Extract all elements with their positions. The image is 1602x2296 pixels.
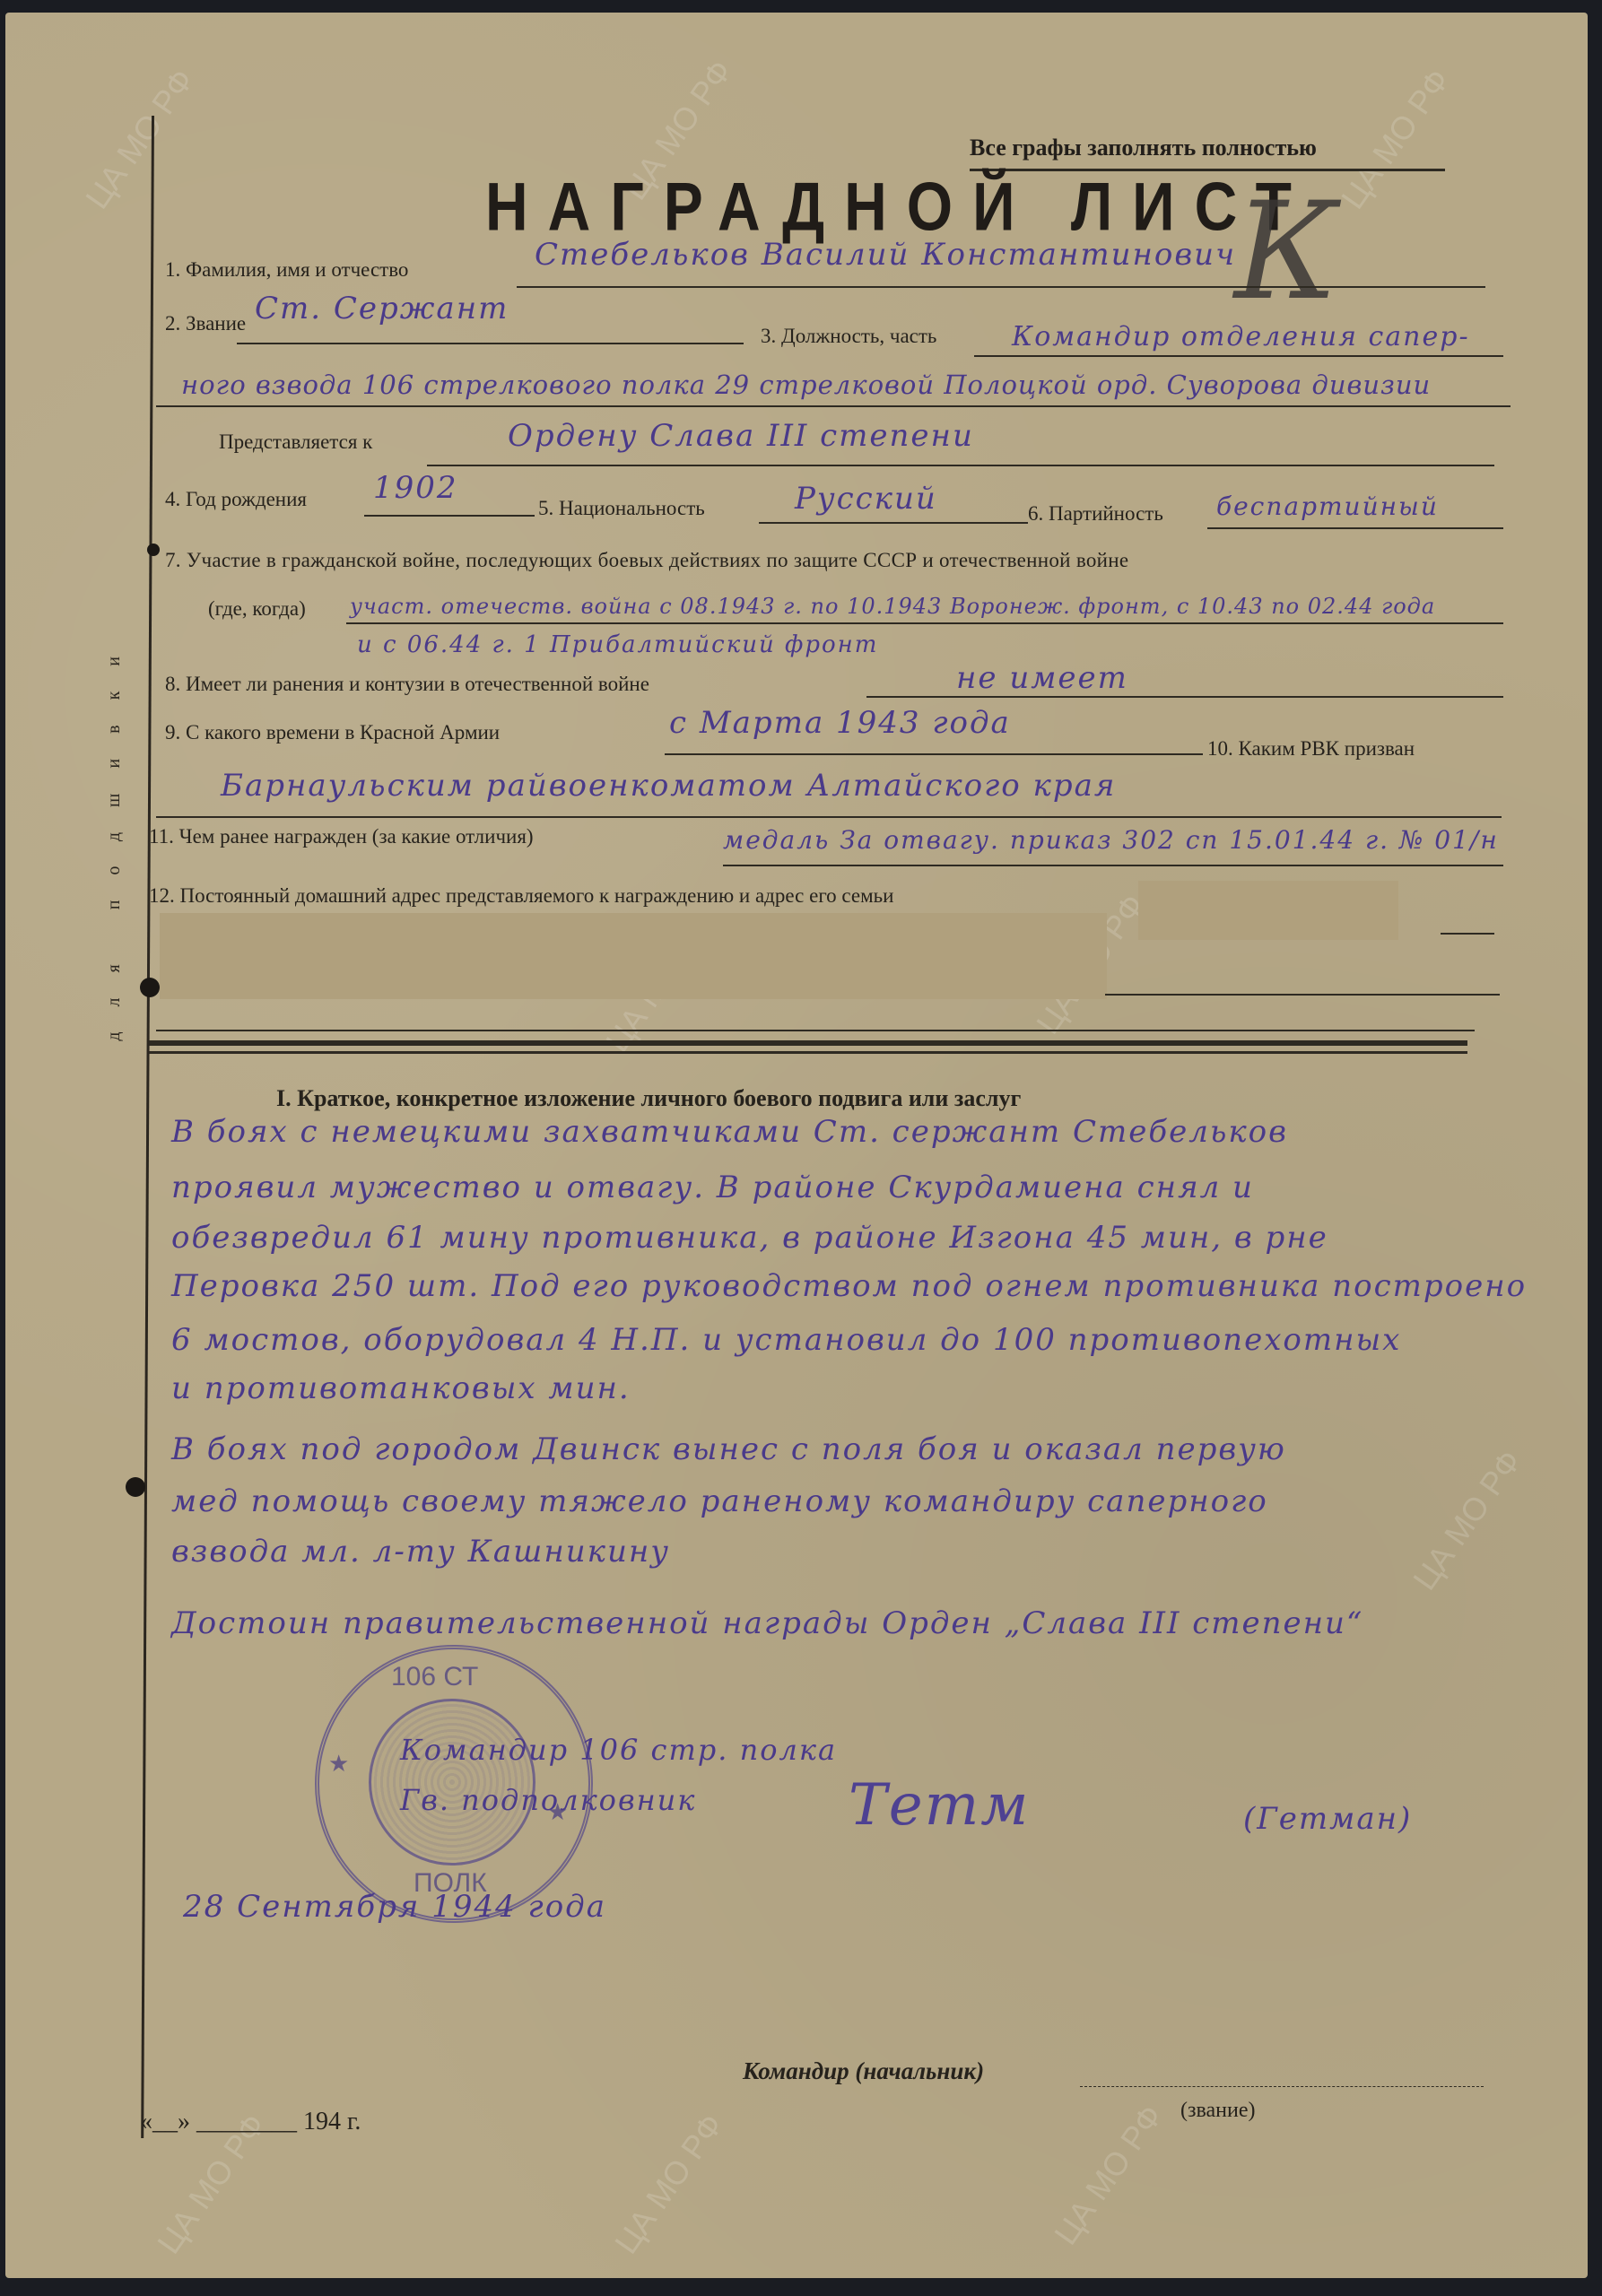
signature-name: (Гетман) <box>1243 1801 1412 1837</box>
field-8-line <box>866 696 1503 698</box>
watermark: ЦА МО РФ <box>607 2107 730 2260</box>
narrative-line: обезвредил 61 мину противника, в районе … <box>171 1220 1328 1256</box>
field-5-value: Русский <box>795 481 937 517</box>
narrative-line: В боях с немецкими захватчиками Ст. серж… <box>171 1114 1288 1150</box>
fill-instruction: Все графы заполнять полностью <box>970 135 1317 161</box>
field-12-line <box>156 1030 1475 1031</box>
field-9-label: 9. С какого времени в Красной Армии <box>165 721 500 744</box>
field-6-value: беспартийный <box>1216 491 1439 521</box>
field-12-line <box>1441 933 1494 935</box>
field-4-line <box>364 515 535 517</box>
binding-hole-icon <box>147 544 160 556</box>
field-3-value-line2: ного взвода 106 стрелкового полка 29 стр… <box>181 370 1431 400</box>
field-11-label: 11. Чем ранее награжден (за какие отличи… <box>149 825 534 848</box>
presented-to-value: Ордену Слава III степени <box>508 418 974 454</box>
date-placeholder: «__» ________ 194 г. <box>140 2108 361 2136</box>
field-4-value: 1902 <box>373 470 458 506</box>
narrative-line: взвода мл. л-ту Кашникину <box>171 1534 670 1570</box>
binding-hole-icon <box>140 978 160 997</box>
watermark: ЦА МО РФ <box>1334 62 1457 215</box>
field-9-value: с Марта 1943 года <box>669 705 1011 741</box>
field-1-value: Стебельков Василий Константинович <box>535 237 1236 273</box>
narrative-line: проявил мужество и отвагу. В районе Скур… <box>171 1170 1254 1205</box>
field-8-value: не имеет <box>956 660 1128 696</box>
narrative-line: Перовка 250 шт. Под его руководством под… <box>171 1268 1527 1304</box>
page-title: НАГРАДНОЙ ЛИСТ <box>485 167 1311 245</box>
watermark: ЦА МО РФ <box>78 62 201 215</box>
signature-date: 28 Сентября 1944 года <box>183 1889 606 1925</box>
redacted-address <box>1138 881 1398 940</box>
binding-hole-icon <box>126 1477 145 1497</box>
field-2-label: 2. Звание <box>165 312 246 335</box>
field-10-value: Барнаульским райвоенкоматом Алтайского к… <box>221 768 1116 804</box>
field-11-value: медаль За отвагу. приказ 302 сп 15.01.44… <box>723 825 1499 855</box>
field-11-line <box>723 865 1503 866</box>
field-7-value-line1: участ. отечеств. война с 08.1943 г. по 1… <box>350 594 1435 619</box>
field-5-line <box>759 522 1028 524</box>
binding-margin-line <box>141 116 154 2138</box>
field-3-line2 <box>156 405 1511 407</box>
section-divider <box>149 1051 1467 1054</box>
field-6-label: 6. Партийность <box>1028 502 1163 526</box>
field-12-label: 12. Постоянный домашний адрес представля… <box>149 884 893 908</box>
field-4-label: 4. Год рождения <box>165 488 307 511</box>
field-2-line <box>237 343 744 344</box>
field-1-label: 1. Фамилия, имя и отчество <box>165 258 408 282</box>
field-7-label-where-when: (где, когда) <box>208 597 306 621</box>
field-7-line <box>346 622 1503 624</box>
field-3-line <box>974 355 1503 357</box>
field-8-label: 8. Имеет ли ранения и контузии в отечест… <box>165 673 649 696</box>
presented-to-line <box>427 465 1494 466</box>
star-icon: ★ <box>328 1750 349 1778</box>
field-10-label: 10. Каким РВК призван <box>1207 737 1415 761</box>
commander-label: Командир (начальник) <box>743 2057 984 2085</box>
binding-margin-text: для подшивки <box>104 631 125 1041</box>
stamp-text-top: 106 СТ <box>391 1662 478 1692</box>
field-2-value: Ст. Сержант <box>255 291 509 326</box>
field-9-line <box>665 753 1203 755</box>
field-7-label: 7. Участие в гражданской войне, последую… <box>165 549 1128 572</box>
narrative-line: мед помощь своему тяжело раненому команд… <box>171 1483 1268 1519</box>
narrative-line: 6 мостов, оборудовал 4 Н.П. и установил … <box>171 1322 1401 1358</box>
section-1-title: I. Краткое, конкретное изложение личного… <box>276 1085 1021 1112</box>
narrative-line: и противотанковых мин. <box>171 1370 631 1406</box>
signature-title: Командир 106 стр. полка <box>400 1733 837 1767</box>
field-12-line <box>1105 994 1500 996</box>
narrative-line: Достоин правительственной награды Орден … <box>171 1605 1363 1641</box>
commander-signature: Тетм <box>849 1772 1030 1839</box>
presented-to-label: Представляется к <box>219 430 372 454</box>
watermark: ЦА МО РФ <box>1047 2098 1170 2251</box>
narrative-line: В боях под городом Двинск вынес с поля б… <box>171 1431 1286 1467</box>
field-6-line <box>1207 527 1503 529</box>
section-divider <box>149 1040 1467 1046</box>
commander-rank-line <box>1080 2086 1484 2087</box>
award-sheet-paper: ЦА МО РФ ЦА МО РФ ЦА МО РФ ЦА МО РФ ЦА М… <box>5 13 1588 2278</box>
redacted-address <box>160 913 1107 999</box>
field-10-line <box>156 816 1502 818</box>
field-7-value-line2: и с 06.44 г. 1 Прибалтийский фронт <box>357 631 878 658</box>
rank-caption: (звание) <box>1180 2099 1255 2123</box>
field-3-value-line1: Командир отделения сапер- <box>1012 321 1470 352</box>
signature-rank: Гв. подполковник <box>400 1783 696 1817</box>
field-3-label: 3. Должность, часть <box>761 325 936 348</box>
field-1-line <box>517 286 1485 288</box>
coat-of-arms-icon <box>369 1699 535 1865</box>
pencil-mark: К <box>1234 174 1338 330</box>
watermark: ЦА МО РФ <box>1406 1443 1528 1596</box>
field-5-label: 5. Национальность <box>538 497 705 520</box>
